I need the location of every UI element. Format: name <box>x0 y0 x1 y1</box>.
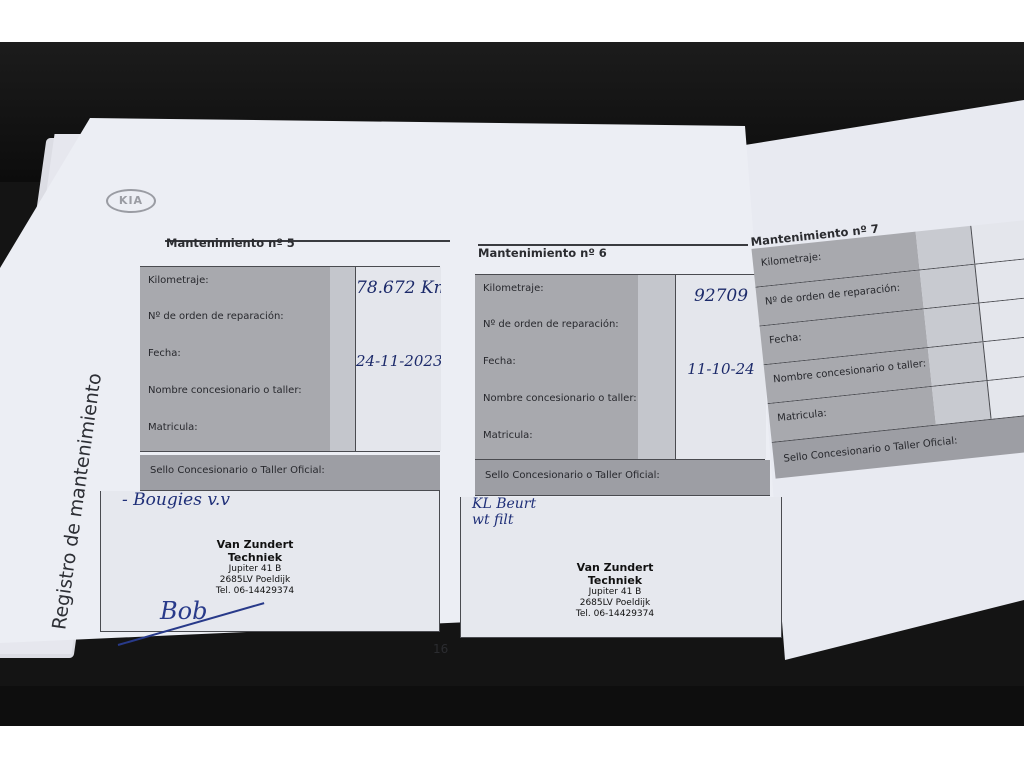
dark-surface <box>0 686 1024 726</box>
entry-5-dealer-stamp: Van Zundert Techniek Jupiter 41 B 2685LV… <box>190 538 320 597</box>
label-concesionario: Nombre concesionario o taller: <box>475 385 638 422</box>
row-fecha: Fecha: 24-11-2023 <box>140 340 440 378</box>
entry-5-handwritten-note: - Bougies v.v <box>122 490 230 510</box>
cell-spacer <box>330 340 355 377</box>
entry-6-handwritten-note-line2: wt filt <box>472 512 514 528</box>
entry-6-handwritten-note-line1: KL Beurt <box>472 496 536 512</box>
value-orden <box>355 303 441 340</box>
entry-7-form: Mantenimiento nº 7 Kilometraje: Nº de or… <box>750 205 1024 479</box>
value-fecha <box>978 296 1024 341</box>
stamp-phone: Tel. 06-14429374 <box>550 609 680 620</box>
label-orden: Nº de orden de reparación: <box>475 311 638 348</box>
page-number: 16 <box>433 642 448 656</box>
value-matricula <box>675 422 766 459</box>
row-orden: Nº de orden de reparación: <box>475 311 765 349</box>
cell-spacer <box>924 303 983 347</box>
cell-spacer <box>330 377 355 414</box>
value-fecha: 11-10-24 <box>675 348 766 385</box>
cell-spacer <box>928 342 987 386</box>
value-matricula <box>987 374 1024 419</box>
row-kilometraje: Kilometraje: 92709 <box>475 274 765 313</box>
value-kilometraje <box>970 219 1024 264</box>
label-matricula: Matricula: <box>475 422 638 459</box>
label-orden: Nº de orden de reparación: <box>140 303 330 340</box>
cell-spacer <box>932 381 991 425</box>
value-concesionario <box>675 385 766 422</box>
label-fecha: Fecha: <box>140 340 330 377</box>
value-orden <box>974 257 1024 302</box>
entry-6-dealer-stamp: Van Zundert Techniek Jupiter 41 B 2685LV… <box>550 561 680 620</box>
label-fecha: Fecha: <box>475 348 638 385</box>
row-matricula: Matricula: <box>140 414 440 452</box>
cell-spacer <box>330 303 355 340</box>
cell-spacer <box>638 422 675 459</box>
stamp-name: Van Zundert Techniek <box>190 538 320 564</box>
cell-spacer <box>638 311 675 348</box>
cell-spacer <box>638 348 675 385</box>
label-kilometraje: Kilometraje: <box>140 267 330 304</box>
cell-spacer <box>330 414 355 451</box>
cell-spacer <box>638 275 675 312</box>
cell-spacer <box>920 265 979 309</box>
label-kilometraje: Kilometraje: <box>475 275 638 312</box>
row-matricula: Matricula: <box>475 422 765 460</box>
kia-logo: KIA <box>106 189 156 213</box>
stamp-name: Van Zundert Techniek <box>550 561 680 587</box>
cell-spacer <box>916 226 975 270</box>
row-concesionario: Nombre concesionario o taller: <box>140 377 440 415</box>
stamp-phone: Tel. 06-14429374 <box>190 586 320 597</box>
row-fecha: Fecha: 11-10-24 <box>475 348 765 386</box>
value-concesionario <box>982 335 1024 380</box>
stamp-city: 2685LV Poeldijk <box>550 598 680 609</box>
label-matricula: Matricula: <box>140 414 330 451</box>
stamp-address: Jupiter 41 B <box>550 587 680 598</box>
cell-spacer <box>638 385 675 422</box>
value-orden <box>675 311 766 348</box>
entry-5-title: Mantenimiento nº 5 <box>166 236 295 250</box>
stamp-address: Jupiter 41 B <box>190 564 320 575</box>
label-sello: Sello Concesionario o Taller Oficial: <box>475 460 770 496</box>
label-concesionario: Nombre concesionario o taller: <box>140 377 330 414</box>
value-concesionario <box>355 377 441 414</box>
cell-spacer <box>330 267 355 304</box>
value-matricula <box>355 414 441 451</box>
stamp-city: 2685LV Poeldijk <box>190 575 320 586</box>
row-kilometraje: Kilometraje: 78.672 Km <box>140 266 440 305</box>
value-fecha: 24-11-2023 <box>355 340 441 377</box>
label-sello: Sello Concesionario o Taller Oficial: <box>140 455 440 491</box>
value-kilometraje: 78.672 Km <box>355 267 441 304</box>
row-concesionario: Nombre concesionario o taller: <box>475 385 765 423</box>
entry-6-title: Mantenimiento nº 6 <box>478 246 607 260</box>
value-kilometraje: 92709 <box>675 275 766 312</box>
row-orden: Nº de orden de reparación: <box>140 303 440 341</box>
